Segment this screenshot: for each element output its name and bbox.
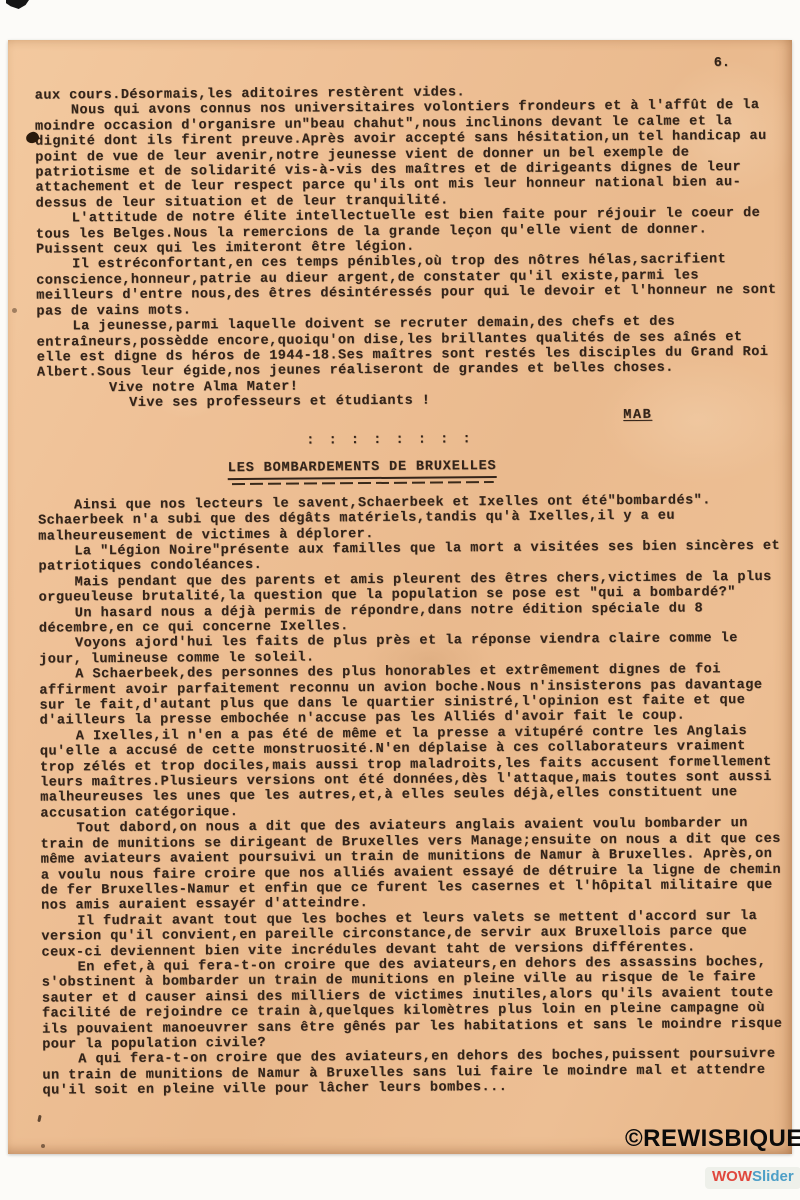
ink-speck <box>41 1144 45 1148</box>
paragraph: Il estréconfortant,en ces temps pénibles… <box>36 252 781 319</box>
document-page: 6. aux cours.Désormais,les aditoires res… <box>8 40 792 1154</box>
paragraph: Il fudrait avant tout que les boches et … <box>41 908 786 960</box>
scanned-document-canvas: 6. aux cours.Désormais,les aditoires res… <box>0 0 800 1200</box>
heading-dashed-underline <box>231 481 493 485</box>
paragraph: Tout dabord,on nous a dit que des aviate… <box>40 816 786 914</box>
colon-separator: : : : : : : : : <box>35 430 763 451</box>
paragraph: A qui fera-t-on croire que des aviateurs… <box>42 1047 787 1099</box>
scan-artifact-top-left <box>6 0 29 9</box>
section-title: LES BOMBARDEMENTS DE BRUXELLES <box>228 459 497 480</box>
paragraph: Ainsi que nos lecteurs le savent,Schaerb… <box>38 493 783 545</box>
paragraph: A Ixelles,il n'en a pas été de même et l… <box>40 724 786 822</box>
paragraph: Nous qui avons connus nos universitaires… <box>35 98 781 212</box>
ink-speck <box>12 308 17 313</box>
copyright-watermark: ©REWISBIQUE <box>625 1125 800 1153</box>
ink-speck <box>37 1115 41 1122</box>
wowslider-wow-text: WOW <box>712 1168 752 1185</box>
paragraph: A Schaerbeek,des personnes des plus hono… <box>39 662 784 729</box>
document-text: aux cours.Désormais,les aditoires restèr… <box>35 83 788 1155</box>
section-heading-block: LES BOMBARDEMENTS DE BRUXELLES <box>35 458 735 487</box>
signature-mab: MAB <box>623 407 652 422</box>
wowslider-slider-text: Slider <box>752 1168 794 1185</box>
paragraph: L'attitude de notre élite intellectuelle… <box>36 206 781 258</box>
page-number: 6. <box>714 56 730 71</box>
wowslider-watermark-badge[interactable]: WOWSlider <box>705 1167 800 1189</box>
paragraph: En efet,à qui fera-t-on croire que des a… <box>42 955 788 1053</box>
paragraph: La jeunesse,parmi laquelle doivent se re… <box>36 314 781 381</box>
